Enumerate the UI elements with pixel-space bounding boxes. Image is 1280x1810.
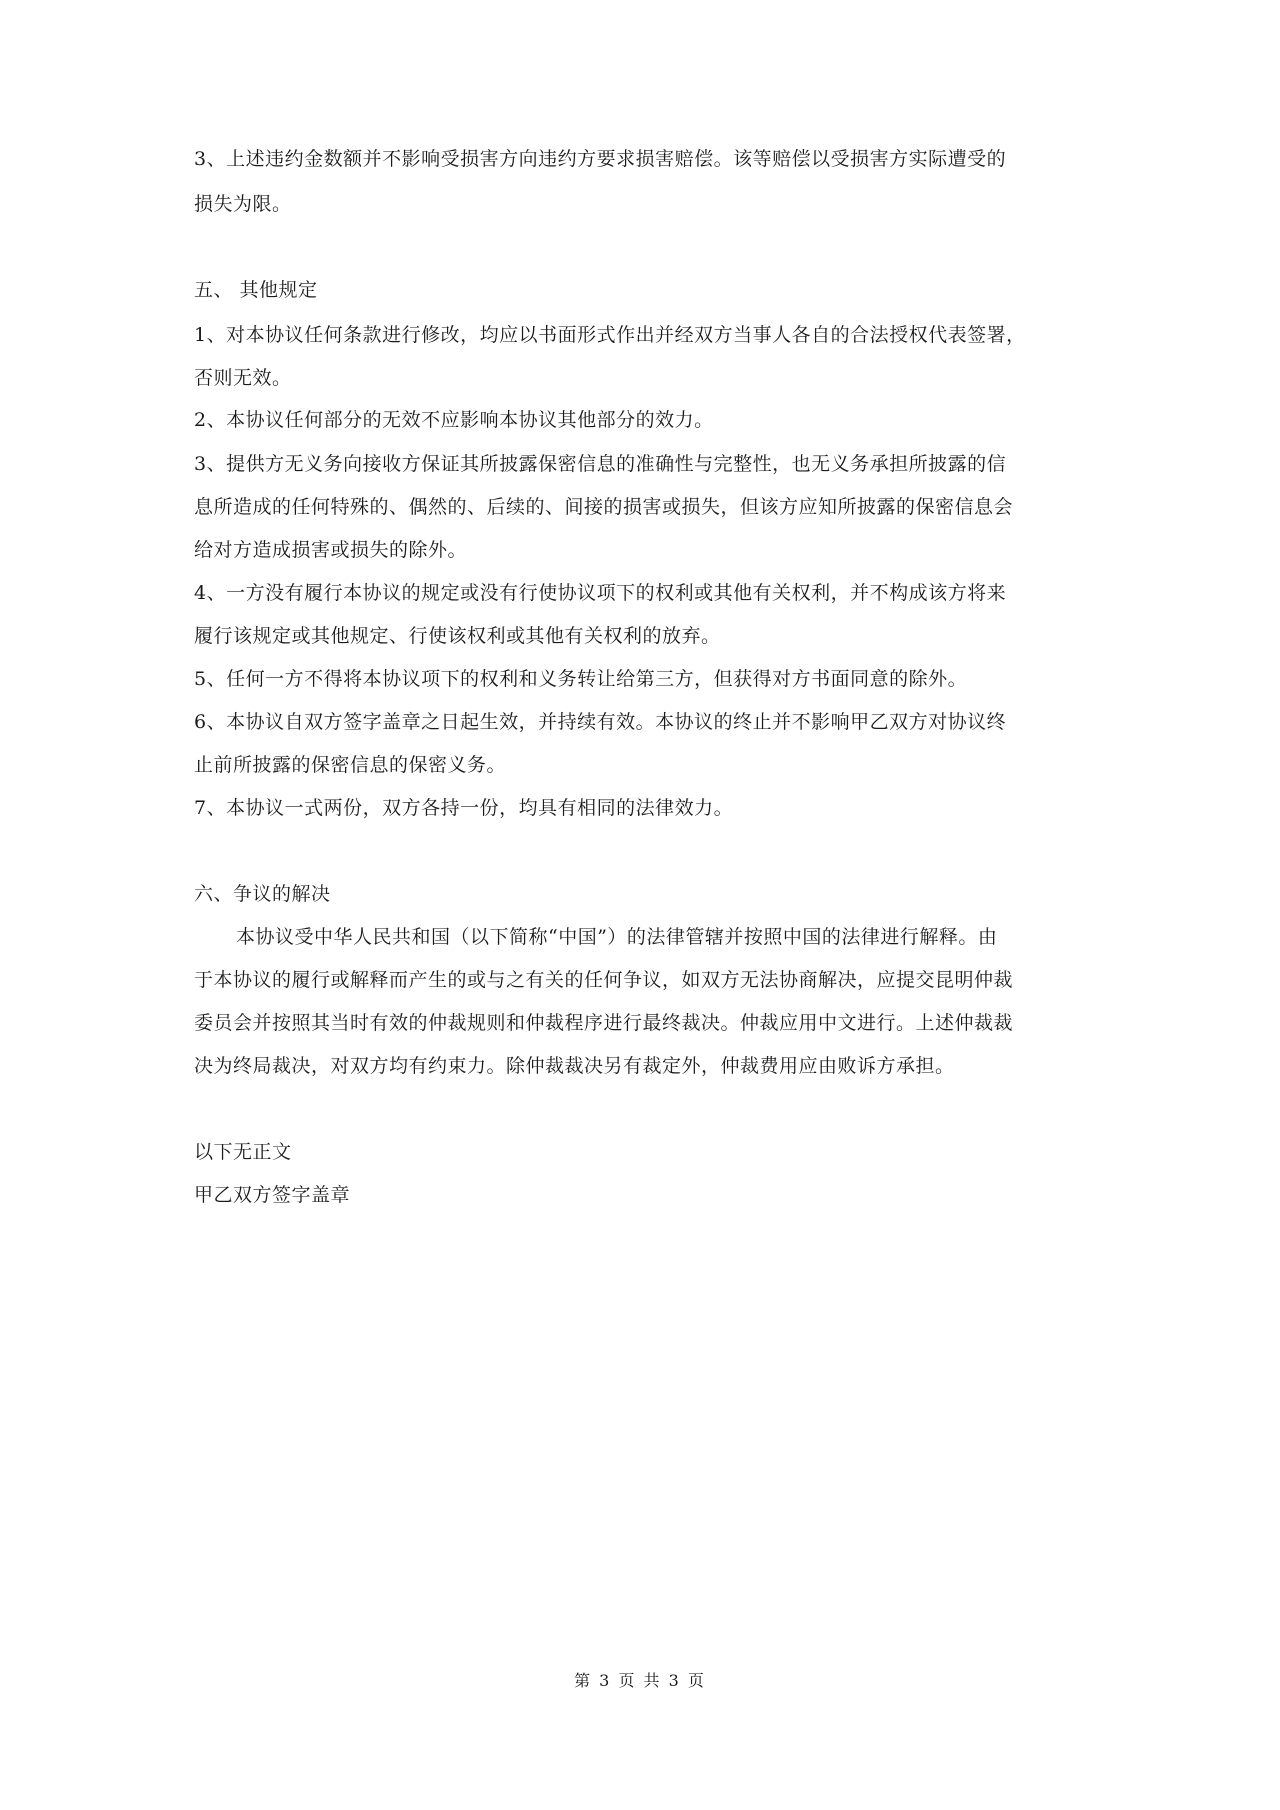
section-6-para-line-4: 决为终局裁决，对双方均有约束力。除仲裁裁决另有裁定外，仲裁费用应由败诉方承担。 — [194, 1054, 955, 1078]
clause-5-5: 5、任何一方不得将本协议项下的权利和义务转让给第三方，但获得对方书面同意的除外。 — [194, 667, 967, 691]
section-6-heading: 六、争议的解决 — [194, 882, 331, 906]
clause-4-3-line-2: 损失为限。 — [194, 192, 292, 216]
clause-5-3-line-3: 给对方造成损害或损失的除外。 — [194, 538, 467, 562]
clause-5-6-line-1: 6、本协议自双方签字盖章之日起生效，并持续有效。本协议的终止并不影响甲乙双方对协… — [194, 710, 1006, 734]
clause-5-1-line-2: 否则无效。 — [194, 366, 292, 390]
document-page: 3、上述违约金数额并不影响受损害方向违约方要求损害赔偿。该等赔偿以受损害方实际遭… — [0, 0, 1280, 1810]
section-6-para-line-2: 于本协议的履行或解释而产生的或与之有关的任何争议，如双方无法协商解决，应提交昆明… — [194, 968, 1013, 992]
signature-line: 甲乙双方签字盖章 — [194, 1183, 350, 1207]
clause-4-3-line-1: 3、上述违约金数额并不影响受损害方向违约方要求损害赔偿。该等赔偿以受损害方实际遭… — [194, 147, 1006, 171]
no-more-text-note: 以下无正文 — [194, 1140, 292, 1164]
clause-5-6-line-2: 止前所披露的保密信息的保密义务。 — [194, 753, 506, 777]
section-6-para-line-1: 本协议受中华人民共和国（以下简称“中国”）的法律管辖并按照中国的法律进行解释。由 — [236, 925, 997, 949]
clause-5-4-line-2: 履行该规定或其他规定、行使该权利或其他有关权利的放弃。 — [194, 624, 721, 648]
clause-5-1-line-1: 1、对本协议任何条款进行修改，均应以书面形式作出并经双方当事人各自的合法授权代表… — [194, 323, 1026, 347]
clause-5-4-line-1: 4、一方没有履行本协议的规定或没有行使协议项下的权利或其他有关权利，并不构成该方… — [194, 581, 1006, 605]
clause-5-3-line-2: 息所造成的任何特殊的、偶然的、后续的、间接的损害或损失，但该方应知所披露的保密信… — [194, 495, 1013, 519]
clause-5-2: 2、本协议任何部分的无效不应影响本协议其他部分的效力。 — [194, 408, 714, 432]
section-6-para-line-3: 委员会并按照其当时有效的仲裁规则和仲裁程序进行最终裁决。仲裁应用中文进行。上述仲… — [194, 1011, 1013, 1035]
section-5-heading: 五、 其他规定 — [194, 278, 318, 302]
page-number-footer: 第 3 页 共 3 页 — [0, 1668, 1280, 1691]
clause-5-3-line-1: 3、提供方无义务向接收方保证其所披露保密信息的准确性与完整性，也无义务承担所披露… — [194, 452, 1006, 476]
clause-5-7: 7、本协议一式两份，双方各持一份，均具有相同的法律效力。 — [194, 796, 733, 820]
